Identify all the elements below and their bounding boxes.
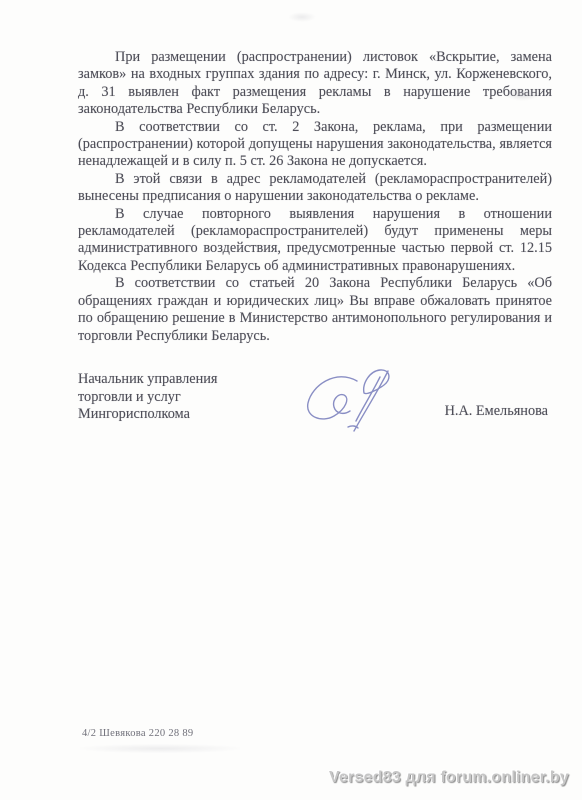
document-page: При размещении (распространении) листово… <box>0 0 582 800</box>
signature-block: Начальник управления торговли и услуг Ми… <box>78 371 552 441</box>
paragraph: При размещении (распространении) листово… <box>78 49 552 119</box>
signature-ink <box>300 365 410 433</box>
paragraph: В случае повторного выявления нарушения … <box>78 206 552 276</box>
paragraph: В соответствии со ст. 2 Закона, реклама,… <box>78 119 552 171</box>
paragraph: В этой связи в адрес рекламодателей (рек… <box>78 171 552 206</box>
scan-smudge <box>288 12 316 22</box>
paragraph: В соответствии со статьей 20 Закона Респ… <box>78 275 552 345</box>
signer-title-line: торговли и услуг <box>78 389 217 407</box>
executor-reference: 4/2 Шевякова 220 28 89 <box>82 728 193 739</box>
signer-title-line: Начальник управления <box>78 371 217 389</box>
signer-title-line: Мингорисполкома <box>78 406 217 424</box>
signer-name: Н.А. Емельянова <box>445 403 548 420</box>
signer-title: Начальник управления торговли и услуг Ми… <box>78 371 217 424</box>
watermark-text: Versed83 для forum.onliner.by <box>329 769 569 787</box>
letter-body: При размещении (распространении) листово… <box>78 49 552 345</box>
scan-smudge <box>80 744 240 753</box>
